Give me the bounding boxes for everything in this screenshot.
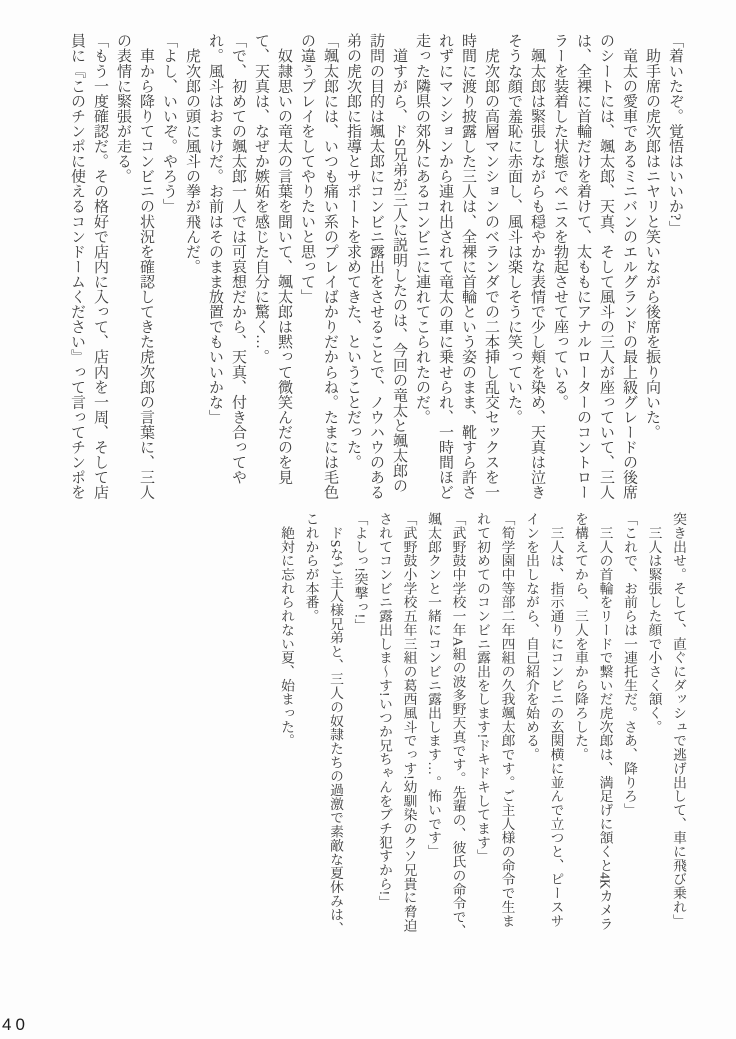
paragraph: 竜太の愛車であるミニバンのエルグランドの最上級グレードの後席のシートには、颯太郎…	[548, 33, 640, 500]
closing-paragraph: ドSなご主人様兄弟と、三人の奴隷たちの過激で素敵な夏休みは、これからが本番。	[298, 512, 347, 941]
paragraph: 「武野鼓中学校一年A組の波多野天真です。先輩の、彼氏の命令で、颯太郎クンと一緒に…	[421, 512, 470, 941]
paragraph: 「で、初めての颯太郎一人では可哀想だから、天真、付き合ってやれ。風斗はおまけだ。…	[203, 33, 249, 500]
paragraph: 「もう一度確認だ。その格好で店内に入って、店内を一周、そして店員に『このチンポに…	[65, 33, 111, 500]
book-page: 「着いたぞ。覚悟はいいか?」 助手席の虎次郎はニヤリと笑いながら後席を振り向いた…	[0, 0, 736, 1039]
paragraph: 三人の首輪をリードで繋いだ虎次郎は、満足げに頷くと4Kカメラを構えてから、三人を…	[568, 512, 617, 941]
page-number: 40	[2, 1015, 29, 1035]
paragraph: 助手席の虎次郎はニヤリと笑いながら後席を振り向いた。	[640, 33, 663, 500]
bottom-text-block: 突き出せ。そして、直ぐにダッシュで逃げ出して、車に飛び乗れ」 三人は緊張した顔で…	[274, 512, 691, 941]
paragraph: 三人は、指示通りにコンビニの玄関横に並んで立つと、ピースサインを出しながら、自己…	[519, 512, 568, 941]
paragraph: 道すがら、ドS兄弟が三人に説明したのは、今回の竜太と颯太郎の訪問の目的は颯太郎に…	[341, 33, 410, 500]
paragraph: 「颯太郎には、いつも痛い系のプレイばかりだからね。たまには毛色の違うプレイをして…	[295, 33, 341, 500]
closing-paragraph: 絶対に忘れられない夏、始まった。	[274, 512, 299, 941]
paragraph: 車から降りてコンビニの状況を確認してきた虎次郎の言葉に、三人の表情に緊張が走る。	[111, 33, 157, 500]
top-text-block: 「着いたぞ。覚悟はいいか?」 助手席の虎次郎はニヤリと笑いながら後席を振り向いた…	[65, 33, 686, 500]
paragraph: 「よし、いいぞ。やろう」	[157, 33, 180, 500]
paragraph: 虎次郎の高層マンションのベランダでの二本挿し乱交セックスを一時間に渡り披露した三…	[410, 33, 502, 500]
paragraph: 颯太郎は緊張しながらも穏やかな表情で少し頬を染め、天真は泣きそうな顔で羞恥に赤面…	[502, 33, 548, 500]
paragraph: 三人は緊張した顔で小さく頷く。	[641, 512, 666, 941]
paragraph: 「これで、お前らは一連托生だ。さあ、降りろ」	[617, 512, 642, 941]
paragraph: 「筍学園中等部二年四組の久我颯太郎です。ご主人様の命令で生まれて初めてのコンビニ…	[470, 512, 519, 941]
paragraph: 「着いたぞ。覚悟はいいか?」	[663, 33, 686, 500]
paragraph: 虎次郎の頭に風斗の拳が飛んだ。	[180, 33, 203, 500]
paragraph: 「よしっ!突撃っ!」	[347, 512, 372, 941]
paragraph: 「武野鼓小学校五年三組の葛西風斗でっす!幼馴染のクソ兄貴に脅迫されてコンビニ露出…	[372, 512, 421, 941]
paragraph: 奴隷思いの竜太の言葉を聞いて、颯太郎は黙って微笑んだのを見て、天真は、なぜか嫉妬…	[249, 33, 295, 500]
paragraph: 突き出せ。そして、直ぐにダッシュで逃げ出して、車に飛び乗れ」	[666, 512, 691, 941]
